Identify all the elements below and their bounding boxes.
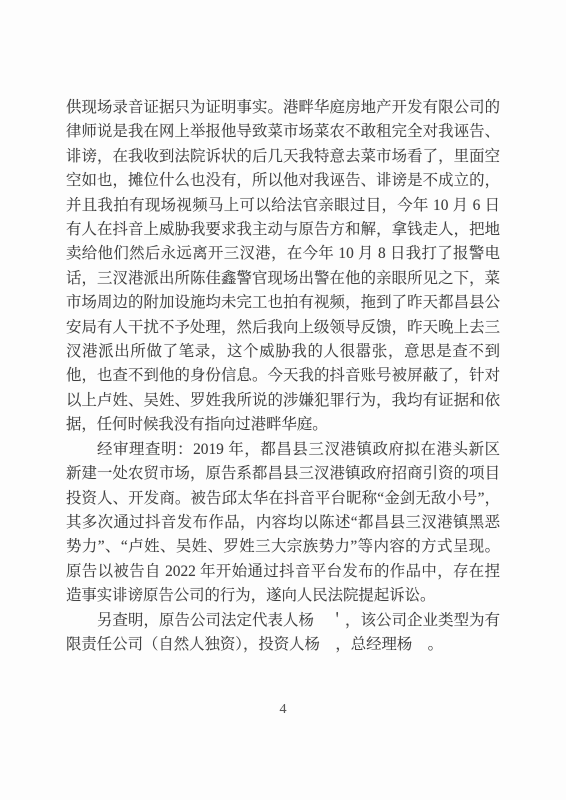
document-body: 供现场录音证据只为证明事实。港畔华庭房地产开发有限公司的律师说是我在网上举报他导… bbox=[66, 96, 500, 657]
paragraph-additional-findings: 另查明，原告公司法定代表人杨 ＇，该公司企业类型为有限责任公司（自然人独资），投… bbox=[66, 609, 500, 658]
document-page: 供现场录音证据只为证明事实。港畔华庭房地产开发有限公司的律师说是我在网上举报他导… bbox=[0, 0, 566, 800]
paragraph-court-findings: 经审理查明：2019 年，都昌县三汊港镇政府拟在港头新区新建一处农贸市场，原告系… bbox=[66, 438, 500, 609]
paragraph-testimony-continuation: 供现场录音证据只为证明事实。港畔华庭房地产开发有限公司的律师说是我在网上举报他导… bbox=[66, 96, 500, 438]
page-number: 4 bbox=[0, 701, 566, 719]
